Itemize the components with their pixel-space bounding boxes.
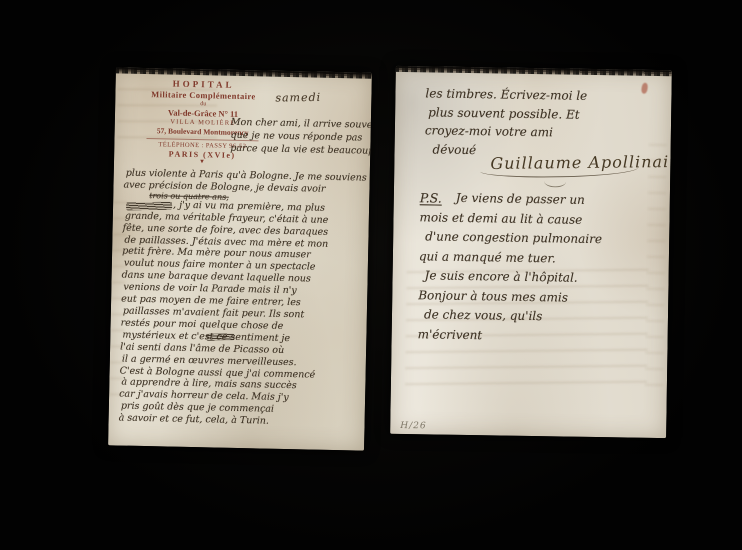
ink-scribble xyxy=(206,333,234,340)
handwritten-line: Je viens de passer un xyxy=(456,189,603,211)
handwritten-line: d'une congestion pulmonaire xyxy=(425,227,602,249)
postscript-lines: Je viens de passer unmois et demi au lit… xyxy=(418,188,603,347)
closing-lines: les timbres. Écrivez-moi leplus souvent … xyxy=(424,84,587,161)
signature-flourish xyxy=(544,180,566,187)
handwritten-line: de chez vous, qu'ils xyxy=(424,305,601,327)
red-ink-stain xyxy=(641,82,649,94)
archive-pencil-mark: H/26 xyxy=(400,421,426,431)
handwritten-line: m'écrivent xyxy=(418,325,601,347)
handwritten-line: les timbres. Écrivez-moi le xyxy=(425,84,587,105)
torn-edge xyxy=(116,67,372,78)
letter-page-1: HOPITALMilitaire ComplémentaireduVal-de-… xyxy=(108,67,372,450)
signature-flourish xyxy=(480,164,638,177)
handwritten-line: plus souvent possible. Et xyxy=(428,103,587,124)
handwritten-line: croyez-moi votre ami xyxy=(425,121,587,142)
ink-scribble xyxy=(126,202,172,211)
torn-edge xyxy=(396,66,672,76)
opening-lines: Mon cher ami, il arrive souventque je ne… xyxy=(230,116,372,158)
handwritten-line: Je suis encore à l'hôpital. xyxy=(424,266,601,288)
date-note: samedi xyxy=(275,91,321,105)
letter-page-2: les timbres. Écrivez-moi leplus souvent … xyxy=(390,66,672,438)
photograph-of-letter: HOPITALMilitaire ComplémentaireduVal-de-… xyxy=(0,0,742,550)
